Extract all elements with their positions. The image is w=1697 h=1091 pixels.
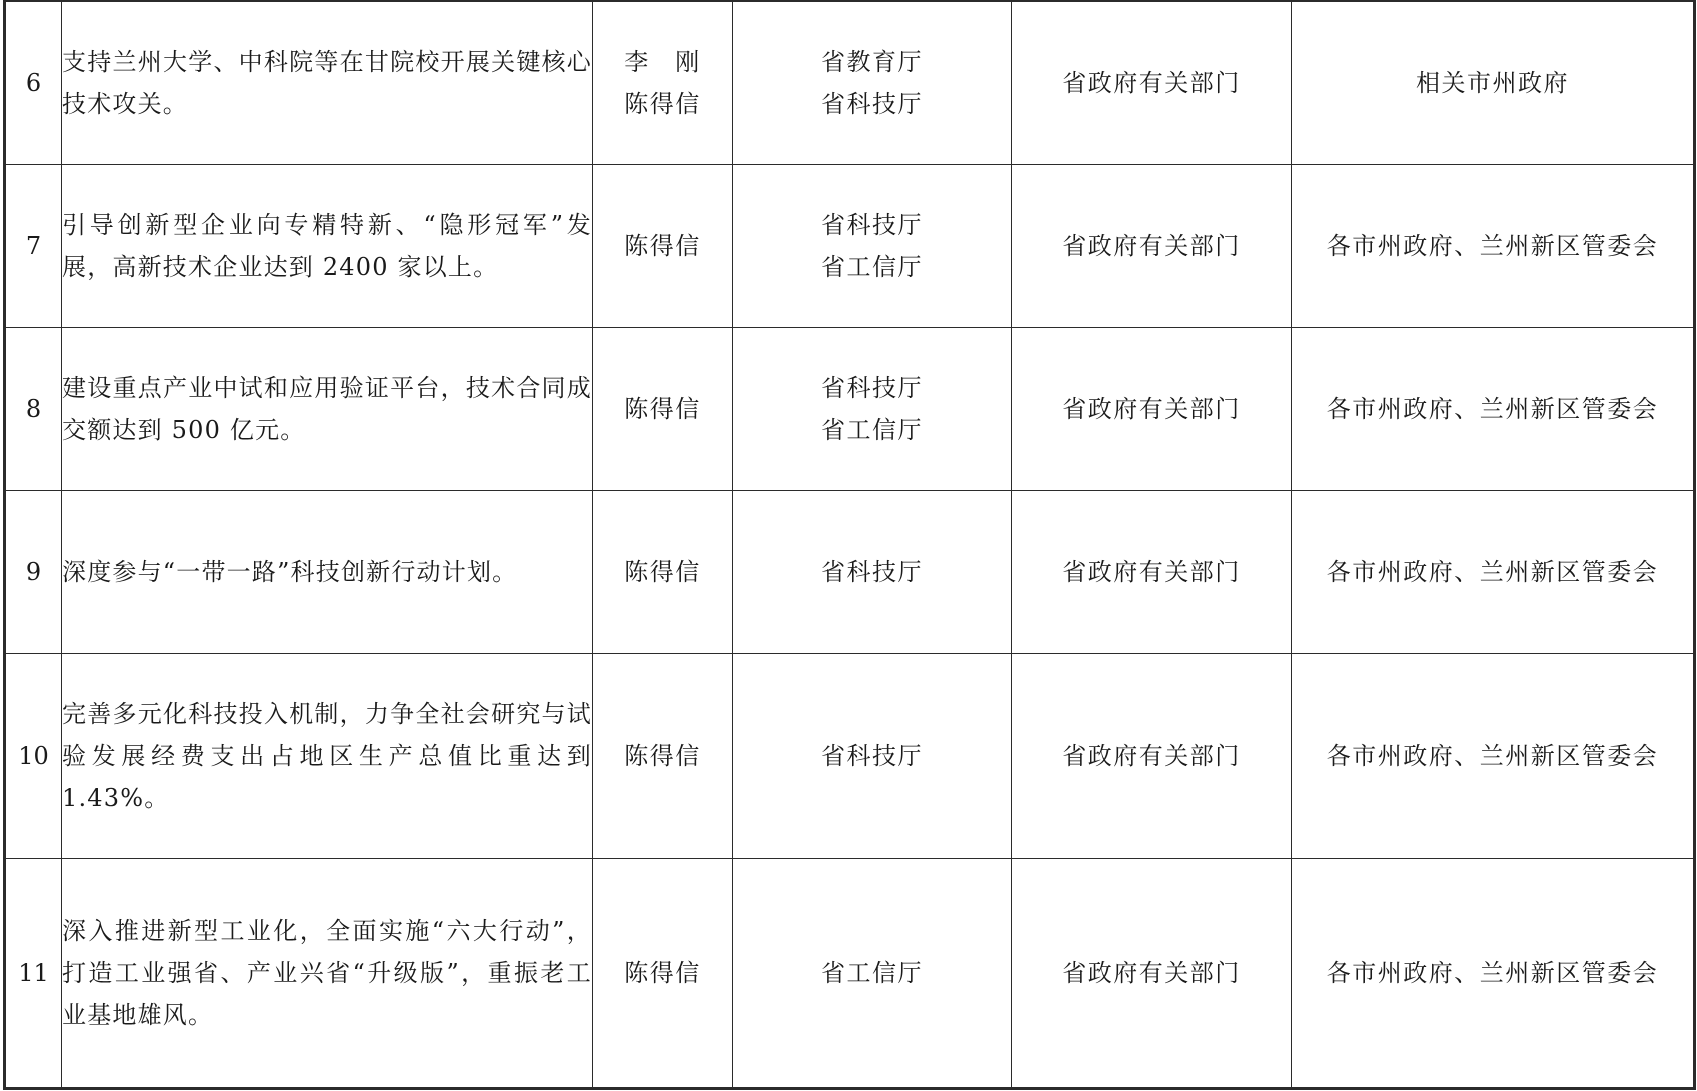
task-description: 深入推进新型工业化，全面实施“六大行动”，打造工业强省、产业兴省“升级版”，重振… — [62, 858, 593, 1088]
table-row: 10 完善多元化科技投入机制，力争全社会研究与试验发展经费支出占地区生产总值比重… — [5, 653, 1695, 858]
lead-unit: 省工信厅 — [733, 409, 1011, 451]
leader-cell: 李 刚 陈得信 — [593, 1, 733, 164]
leader-name: 陈得信 — [593, 735, 732, 777]
task-description: 支持兰州大学、中科院等在甘院校开展关键核心技术攻关。 — [62, 1, 593, 164]
lead-unit: 省教育厅 — [733, 41, 1011, 83]
leader-name: 李 刚 — [593, 41, 732, 83]
lead-unit-cell: 省科技厅 省工信厅 — [733, 164, 1012, 327]
lead-unit-cell: 省科技厅 — [733, 490, 1012, 653]
local-responsible: 各市州政府、兰州新区管委会 — [1292, 164, 1695, 327]
table-row: 8 建设重点产业中试和应用验证平台，技术合同成交额达到 500 亿元。 陈得信 … — [5, 327, 1695, 490]
task-description: 深度参与“一带一路”科技创新行动计划。 — [62, 490, 593, 653]
leader-name: 陈得信 — [593, 388, 732, 430]
lead-unit: 省工信厅 — [733, 246, 1011, 288]
lead-unit-cell: 省教育厅 省科技厅 — [733, 1, 1012, 164]
lead-unit: 省工信厅 — [733, 952, 1011, 994]
task-description: 建设重点产业中试和应用验证平台，技术合同成交额达到 500 亿元。 — [62, 327, 593, 490]
local-responsible: 各市州政府、兰州新区管委会 — [1292, 653, 1695, 858]
lead-unit-cell: 省科技厅 省工信厅 — [733, 327, 1012, 490]
row-number: 7 — [5, 164, 62, 327]
leader-cell: 陈得信 — [593, 653, 733, 858]
leader-name: 陈得信 — [593, 551, 732, 593]
cooperating-unit: 省政府有关部门 — [1012, 858, 1292, 1088]
local-responsible: 各市州政府、兰州新区管委会 — [1292, 858, 1695, 1088]
row-number: 10 — [5, 653, 62, 858]
leader-cell: 陈得信 — [593, 858, 733, 1088]
lead-unit: 省科技厅 — [733, 204, 1011, 246]
table-row: 9 深度参与“一带一路”科技创新行动计划。 陈得信 省科技厅 省政府有关部门 各… — [5, 490, 1695, 653]
table-row: 11 深入推进新型工业化，全面实施“六大行动”，打造工业强省、产业兴省“升级版”… — [5, 858, 1695, 1088]
local-responsible: 各市州政府、兰州新区管委会 — [1292, 327, 1695, 490]
cooperating-unit: 省政府有关部门 — [1012, 327, 1292, 490]
table-row: 7 引导创新型企业向专精特新、“隐形冠军”发展，高新技术企业达到 2400 家以… — [5, 164, 1695, 327]
local-responsible: 相关市州政府 — [1292, 1, 1695, 164]
row-number: 6 — [5, 1, 62, 164]
local-responsible: 各市州政府、兰州新区管委会 — [1292, 490, 1695, 653]
leader-name: 陈得信 — [593, 952, 732, 994]
task-description: 完善多元化科技投入机制，力争全社会研究与试验发展经费支出占地区生产总值比重达到 … — [62, 653, 593, 858]
lead-unit-cell: 省工信厅 — [733, 858, 1012, 1088]
cooperating-unit: 省政府有关部门 — [1012, 1, 1292, 164]
task-assignment-table: 6 支持兰州大学、中科院等在甘院校开展关键核心技术攻关。 李 刚 陈得信 省教育… — [3, 0, 1696, 1090]
leader-cell: 陈得信 — [593, 164, 733, 327]
leader-name: 陈得信 — [593, 83, 732, 125]
cooperating-unit: 省政府有关部门 — [1012, 490, 1292, 653]
leader-name: 陈得信 — [593, 225, 732, 267]
lead-unit-cell: 省科技厅 — [733, 653, 1012, 858]
task-description: 引导创新型企业向专精特新、“隐形冠军”发展，高新技术企业达到 2400 家以上。 — [62, 164, 593, 327]
leader-cell: 陈得信 — [593, 490, 733, 653]
lead-unit: 省科技厅 — [733, 735, 1011, 777]
leader-cell: 陈得信 — [593, 327, 733, 490]
cooperating-unit: 省政府有关部门 — [1012, 653, 1292, 858]
row-number: 8 — [5, 327, 62, 490]
row-number: 9 — [5, 490, 62, 653]
table-row: 6 支持兰州大学、中科院等在甘院校开展关键核心技术攻关。 李 刚 陈得信 省教育… — [5, 1, 1695, 164]
row-number: 11 — [5, 858, 62, 1088]
lead-unit: 省科技厅 — [733, 367, 1011, 409]
lead-unit: 省科技厅 — [733, 551, 1011, 593]
lead-unit: 省科技厅 — [733, 83, 1011, 125]
cooperating-unit: 省政府有关部门 — [1012, 164, 1292, 327]
